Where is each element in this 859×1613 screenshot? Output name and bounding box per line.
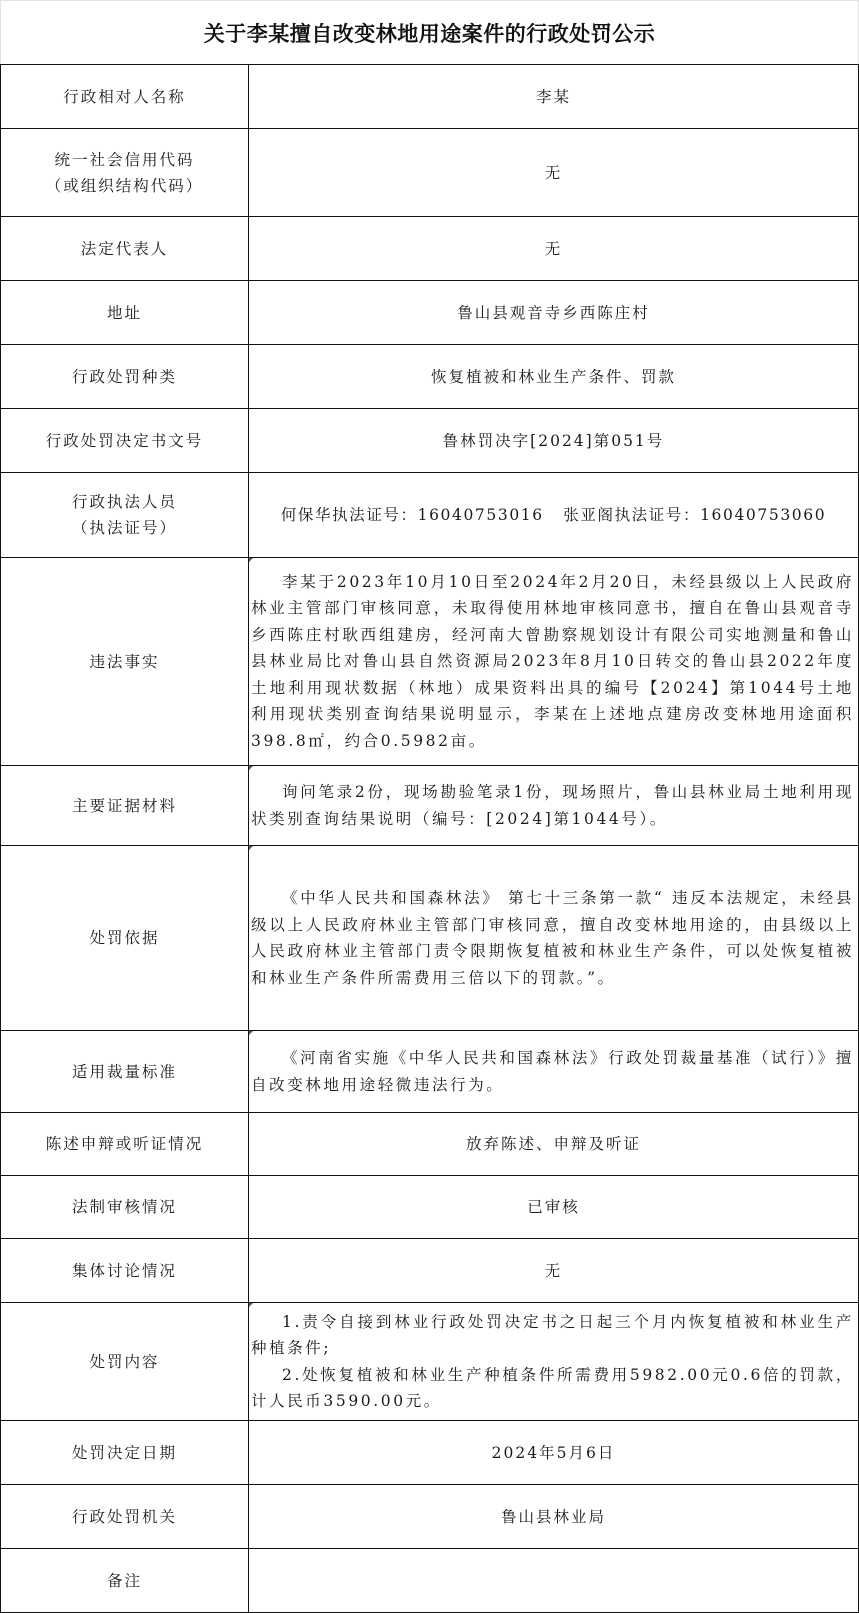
table-row: 主要证据材料 询问笔录2份，现场勘验笔录1份，现场照片，鲁山县林业局土地利用现状… [1,766,859,846]
row-value: 无 [249,217,859,281]
label-line: （执法证号） [1,515,248,541]
row-label: 统一社会信用代码 （或组织结构代码） [1,129,249,217]
row-value: 鲁山县观音寺乡西陈庄村 [249,281,859,345]
row-value: 1.责令自接到林业行政处罚决定书之日起三个月内恢复植被和林业生产种植条件; 2.… [249,1303,859,1421]
table-row: 违法事实 李某于2023年10月10日至2024年2月20日，未经县级以上人民政… [1,558,859,766]
penalty-disclosure-table: 行政相对人名称 李某 统一社会信用代码 （或组织结构代码） 无 法定代表人 无 … [0,64,859,1613]
row-label: 行政相对人名称 [1,65,249,129]
row-value [249,1549,859,1613]
table-row: 地址 鲁山县观音寺乡西陈庄村 [1,281,859,345]
label-line: 统一社会信用代码 [1,147,248,173]
row-label: 行政执法人员 （执法证号） [1,473,249,558]
table-row: 处罚决定日期 2024年5月6日 [1,1421,859,1485]
cell-comment-marker [249,1031,253,1035]
table-row: 行政处罚种类 恢复植被和林业生产条件、罚款 [1,345,859,409]
table-row: 统一社会信用代码 （或组织结构代码） 无 [1,129,859,217]
row-value: 无 [249,1239,859,1303]
label-line: （或组织结构代码） [1,173,248,199]
row-label: 行政处罚机关 [1,1485,249,1549]
discretion-standard-text: 《河南省实施《中华人民共和国森林法》行政处罚裁量基准（试行）》擅自改变林地用途轻… [251,1045,854,1098]
row-label: 主要证据材料 [1,766,249,846]
row-label: 陈述申辩或听证情况 [1,1113,249,1176]
table-row: 法定代表人 无 [1,217,859,281]
row-value: 鲁山县林业局 [249,1485,859,1549]
table-row: 处罚依据 《中华人民共和国森林法》 第七十三条第一款“ 违反本法规定，未经县级以… [1,846,859,1031]
violation-facts-text: 李某于2023年10月10日至2024年2月20日，未经县级以上人民政府林业主管… [251,569,854,755]
penalty-item-1: 1.责令自接到林业行政处罚决定书之日起三个月内恢复植被和林业生产种植条件; [251,1309,854,1362]
table-row: 行政执法人员 （执法证号） 何保华执法证号：16040753016 张亚阁执法证… [1,473,859,558]
table-row: 适用裁量标准 《河南省实施《中华人民共和国森林法》行政处罚裁量基准（试行）》擅自… [1,1031,859,1113]
label-line: 行政执法人员 [1,489,248,515]
table-row: 行政处罚决定书文号 鲁林罚决字[2024]第051号 [1,409,859,473]
row-label: 法制审核情况 [1,1176,249,1239]
row-label: 违法事实 [1,558,249,766]
row-label: 处罚决定日期 [1,1421,249,1485]
cell-comment-marker [249,558,253,562]
row-value: 2024年5月6日 [249,1421,859,1485]
penalty-item-2: 2.处恢复植被和林业生产种植条件所需费用5982.00元0.6倍的罚款，计人民币… [251,1362,854,1415]
row-value: 询问笔录2份，现场勘验笔录1份，现场照片，鲁山县林业局土地利用现状类别查询结果说… [249,766,859,846]
table-row: 陈述申辩或听证情况 放弃陈述、申辩及听证 [1,1113,859,1176]
row-label: 法定代表人 [1,217,249,281]
table-row: 行政处罚机关 鲁山县林业局 [1,1485,859,1549]
row-value: 何保华执法证号：16040753016 张亚阁执法证号：16040753060 [249,473,859,558]
evidence-text: 询问笔录2份，现场勘验笔录1份，现场照片，鲁山县林业局土地利用现状类别查询结果说… [251,779,854,832]
row-value: 鲁林罚决字[2024]第051号 [249,409,859,473]
row-label: 处罚依据 [1,846,249,1031]
row-label: 集体讨论情况 [1,1239,249,1303]
table-row: 处罚内容 1.责令自接到林业行政处罚决定书之日起三个月内恢复植被和林业生产种植条… [1,1303,859,1421]
row-label: 备注 [1,1549,249,1613]
cell-comment-marker [249,1303,253,1307]
table-row: 集体讨论情况 无 [1,1239,859,1303]
row-label: 处罚内容 [1,1303,249,1421]
row-value: 李某于2023年10月10日至2024年2月20日，未经县级以上人民政府林业主管… [249,558,859,766]
row-value: 放弃陈述、申辩及听证 [249,1113,859,1176]
row-value: 无 [249,129,859,217]
row-value: 李某 [249,65,859,129]
row-label: 适用裁量标准 [1,1031,249,1113]
table-row: 行政相对人名称 李某 [1,65,859,129]
row-label: 行政处罚种类 [1,345,249,409]
row-value: 已审核 [249,1176,859,1239]
row-value: 恢复植被和林业生产条件、罚款 [249,345,859,409]
cell-comment-marker [249,766,253,770]
row-value: 《河南省实施《中华人民共和国森林法》行政处罚裁量基准（试行）》擅自改变林地用途轻… [249,1031,859,1113]
table-row: 法制审核情况 已审核 [1,1176,859,1239]
row-label: 行政处罚决定书文号 [1,409,249,473]
table-row: 备注 [1,1549,859,1613]
row-label: 地址 [1,281,249,345]
legal-basis-text: 《中华人民共和国森林法》 第七十三条第一款“ 违反本法规定，未经县级以上人民政府… [251,885,854,991]
cell-comment-marker [249,846,253,850]
row-value: 《中华人民共和国森林法》 第七十三条第一款“ 违反本法规定，未经县级以上人民政府… [249,846,859,1031]
page-title: 关于李某擅自改变林地用途案件的行政处罚公示 [0,0,859,64]
